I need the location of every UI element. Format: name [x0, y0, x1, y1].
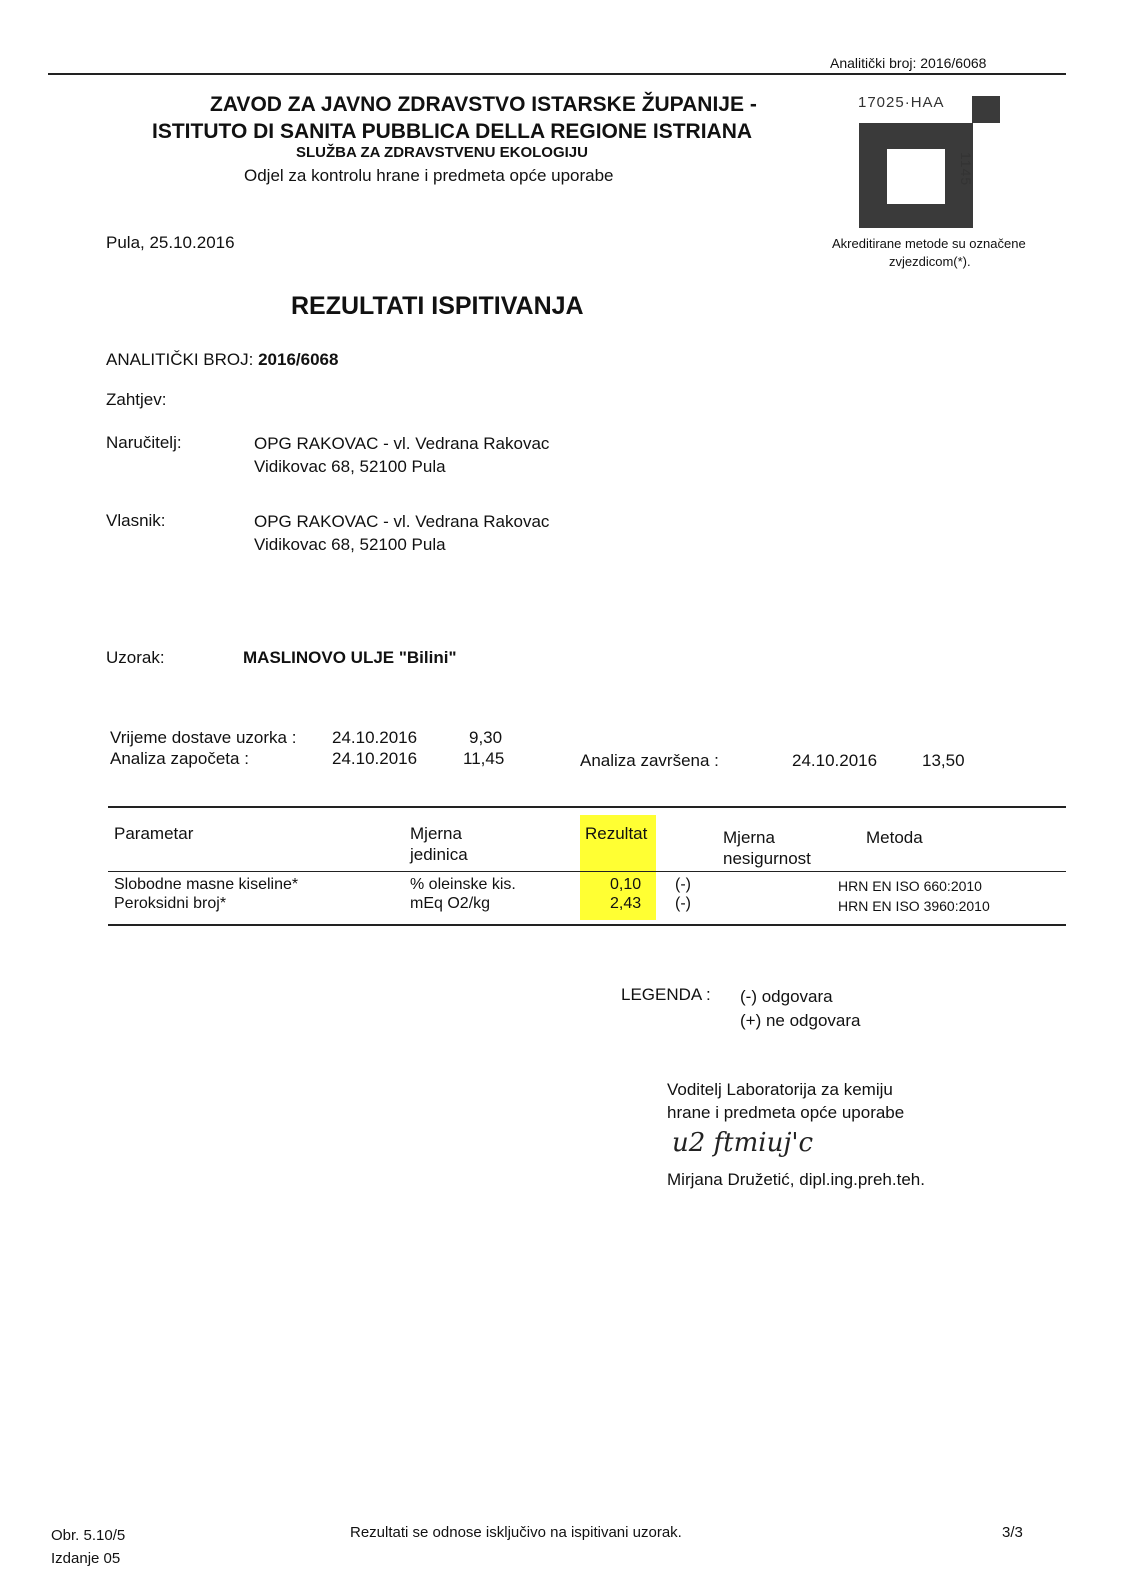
- legend-item-conforms: (-) odgovara: [740, 987, 833, 1007]
- client-label: Naručitelj:: [106, 433, 182, 453]
- edition: Izdanje 05: [51, 1550, 120, 1567]
- org-department: Odjel za kontrolu hrane i predmeta opće …: [244, 166, 614, 186]
- legend-label: LEGENDA :: [621, 985, 711, 1005]
- row-result: 2,43: [610, 894, 641, 913]
- client-details: OPG RAKOVAC - vl. Vedrana Rakovac Vidiko…: [254, 432, 549, 478]
- owner-label: Vlasnik:: [106, 511, 166, 531]
- signatory-name: Mirjana Družetić, dipl.ing.preh.teh.: [667, 1170, 925, 1190]
- org-name-italian: ISTITUTO DI SANITA PUBBLICA DELLA REGION…: [152, 120, 752, 144]
- sample-label: Uzorak:: [106, 648, 165, 668]
- form-number: Obr. 5.10/5: [51, 1527, 125, 1544]
- row-parameter: Slobodne masne kiseline*: [114, 875, 298, 894]
- delivery-time: 9,30: [469, 728, 502, 748]
- delivery-time-label: Vrijeme dostave uzorka :: [110, 728, 296, 748]
- handwritten-signature: u2 ftmiuj'c: [672, 1128, 813, 1158]
- analysis-end-time: 13,50: [922, 751, 965, 771]
- accreditation-note-line1: Akreditirane metode su označene: [832, 236, 1026, 251]
- analytic-number-reference: Analitički broj: 2016/6068: [830, 55, 986, 71]
- row-parameter: Peroksidni broj*: [114, 894, 226, 913]
- accreditation-logo-small-square: [972, 96, 1000, 123]
- accreditation-code: 17025·HAA: [858, 94, 945, 111]
- analysis-start-time: 11,45: [463, 749, 504, 769]
- disclaimer: Rezultati se odnose isključivo na ispiti…: [350, 1524, 682, 1541]
- row-result: 0,10: [610, 875, 641, 894]
- col-header-parameter: Parametar: [114, 823, 193, 844]
- row-unit: mEq O2/kg: [410, 894, 490, 913]
- request-label: Zahtjev:: [106, 390, 166, 410]
- analytic-number: ANALITIČKI BROJ: 2016/6068: [106, 350, 338, 370]
- owner-address: Vidikovac 68, 52100 Pula: [254, 533, 549, 556]
- table-top-rule: [108, 806, 1066, 808]
- accreditation-note-line2: zvjezdicom(*).: [889, 254, 971, 269]
- signatory-title-line1: Voditelj Laboratorija za kemiju: [667, 1080, 893, 1100]
- accreditation-logo-inner: [887, 149, 945, 204]
- top-divider: [48, 73, 1066, 75]
- col-header-uncertainty: Mjerna nesigurnost: [723, 827, 811, 869]
- analysis-start-label: Analiza započeta :: [110, 749, 249, 769]
- accreditation-number: 1145: [958, 152, 974, 186]
- row-unit: % oleinske kis.: [410, 875, 516, 894]
- analysis-end-date: 24.10.2016: [792, 751, 877, 771]
- signatory-title-line2: hrane i predmeta opće uporabe: [667, 1103, 904, 1123]
- delivery-date: 24.10.2016: [332, 728, 417, 748]
- row-conformity: (-): [675, 875, 691, 894]
- col-header-unit: Mjerna jedinica: [410, 823, 468, 865]
- row-method: HRN EN ISO 3960:2010: [838, 897, 990, 916]
- place-date: Pula, 25.10.2016: [106, 233, 235, 253]
- client-name: OPG RAKOVAC - vl. Vedrana Rakovac: [254, 432, 549, 455]
- legend-item-not-conforms: (+) ne odgovara: [740, 1011, 861, 1031]
- table-bottom-rule: [108, 924, 1066, 926]
- document-title: REZULTATI ISPITIVANJA: [291, 292, 584, 321]
- client-address: Vidikovac 68, 52100 Pula: [254, 455, 549, 478]
- sample-name: MASLINOVO ULJE "Bilini": [243, 648, 457, 668]
- col-header-result: Rezultat: [585, 823, 647, 844]
- owner-details: OPG RAKOVAC - vl. Vedrana Rakovac Vidiko…: [254, 510, 549, 556]
- row-conformity: (-): [675, 894, 691, 913]
- analytic-number-label: ANALITIČKI BROJ:: [106, 350, 258, 369]
- org-name-croatian: ZAVOD ZA JAVNO ZDRAVSTVO ISTARSKE ŽUPANI…: [210, 93, 757, 117]
- owner-name: OPG RAKOVAC - vl. Vedrana Rakovac: [254, 510, 549, 533]
- analytic-number-value: 2016/6068: [258, 350, 338, 369]
- analysis-start-date: 24.10.2016: [332, 749, 417, 769]
- analysis-end-label: Analiza završena :: [580, 751, 719, 771]
- row-method: HRN EN ISO 660:2010: [838, 877, 982, 896]
- org-service: SLUŽBA ZA ZDRAVSTVENU EKOLOGIJU: [296, 144, 588, 161]
- table-header-rule: [108, 871, 1066, 872]
- page-number: 3/3: [1002, 1524, 1023, 1541]
- col-header-method: Metoda: [866, 827, 923, 848]
